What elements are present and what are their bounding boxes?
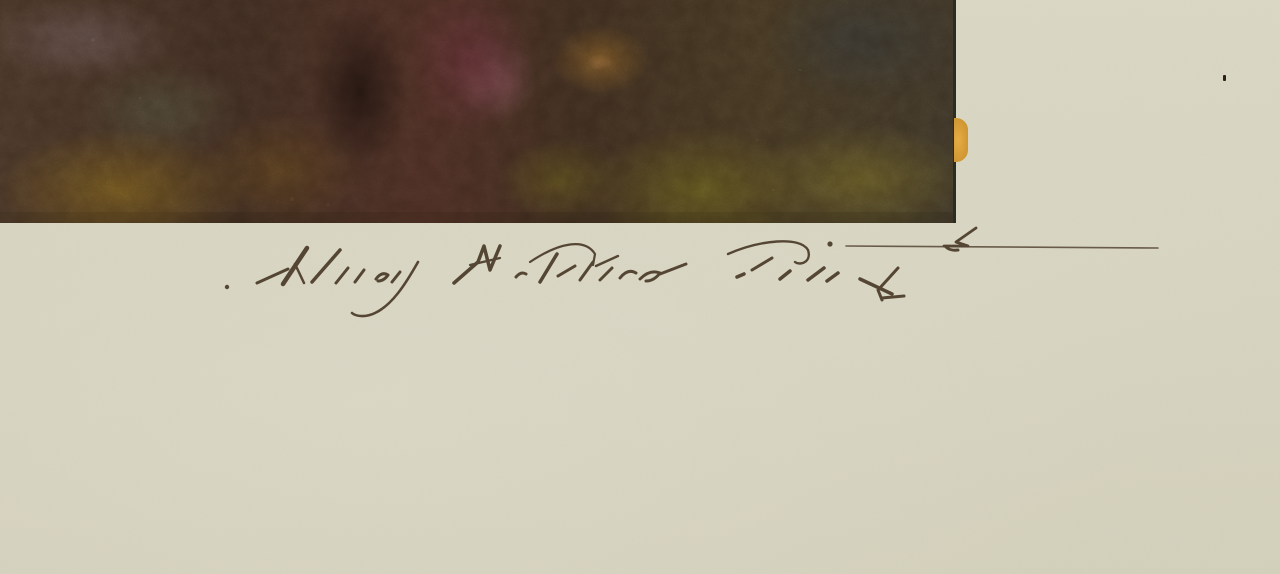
handwritten-signature	[0, 0, 1280, 574]
paper-mount: Alrey Webster Pinx	[0, 0, 1280, 574]
